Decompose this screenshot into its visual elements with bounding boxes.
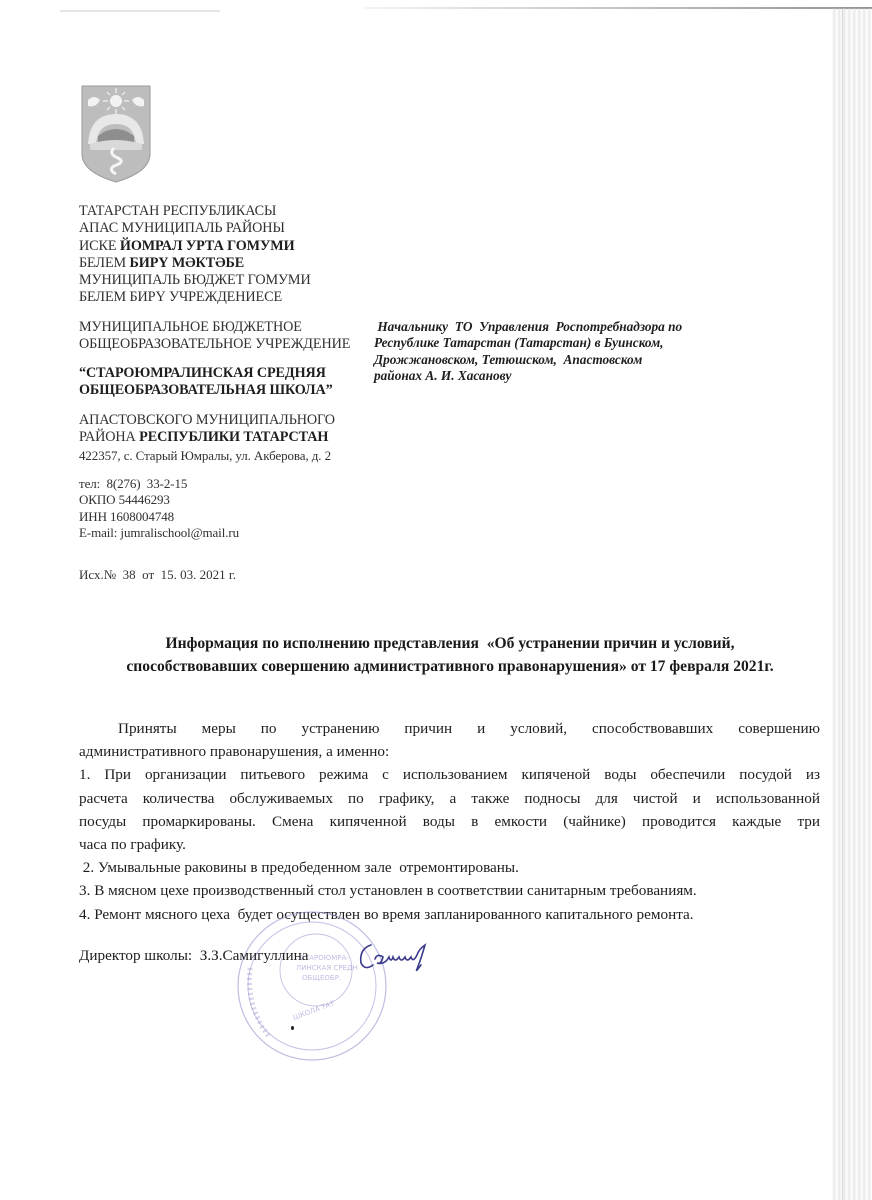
district-line: АПАСТОВСКОГО МУНИЦИПАЛЬНОГО	[79, 412, 335, 429]
item-1-line: 1. При организации питьевого режима с ис…	[79, 763, 820, 786]
district-address: АПАСТОВСКОГО МУНИЦИПАЛЬНОГО РАЙОНА РЕСПУ…	[79, 412, 335, 464]
okpo: ОКПО 54446293	[79, 492, 239, 508]
institution-type-line: ОБЩЕОБРАЗОВАТЕЛЬНОЕ УЧРЕЖДЕНИЕ	[79, 336, 350, 353]
item-1-line: часа по графику.	[79, 833, 820, 856]
addressee-line: районах А. И. Хасанову	[374, 368, 682, 384]
item-2: 2. Умывальные раковины в предобеденном з…	[79, 856, 820, 879]
director-signature-line: Директор школы: З.З.Самигуллина	[79, 947, 308, 965]
intro-line: административного правонарушения, а имен…	[79, 740, 820, 763]
svg-text:ЛИНСКАЯ СРЕДН: ЛИНСКАЯ СРЕДН	[296, 964, 358, 972]
handwritten-signature-icon	[355, 935, 445, 975]
email: E-mail: jumralischool@mail.ru	[79, 525, 239, 541]
outgoing-number: Исх.№ 38 от 15. 03. 2021 г.	[79, 567, 236, 583]
phone: тел: 8(276) 33-2-15	[79, 476, 239, 492]
item-1-line: расчета количества обслуживаемых по граф…	[79, 787, 820, 810]
school-name-line: ОБЩЕОБРАЗОВАТЕЛЬНАЯ ШКОЛА”	[79, 382, 333, 399]
letterhead-tatar-line: БЕЛЕМ БИРҮ МӘКТӘБЕ	[79, 255, 311, 272]
intro-line: Приняты меры по устранению причин и усло…	[79, 717, 820, 740]
title-line: Информация по исполнению представления «…	[80, 632, 820, 655]
scan-artifact-right-line	[842, 8, 843, 1200]
scan-artifact-right-edge	[832, 8, 872, 1200]
ink-dot	[291, 1026, 294, 1030]
item-1-line: посуды промаркированы. Смена кипяченной …	[79, 810, 820, 833]
contacts: тел: 8(276) 33-2-15 ОКПО 54446293 ИНН 16…	[79, 476, 239, 541]
addressee-line: Республике Татарстан (Татарстан) в Буинс…	[374, 335, 682, 351]
official-stamp-icon: СТАРОЮМРА- ЛИНСКАЯ СРЕДН ОБЩЕОБР. ШКОЛА …	[230, 908, 395, 1063]
svg-text:ШКОЛА ТАТ: ШКОЛА ТАТ	[292, 999, 336, 1022]
school-name-line: “СТАРОЮМРАЛИНСКАЯ СРЕДНЯЯ	[79, 365, 333, 382]
title-line: способствовавших совершению администрати…	[80, 655, 820, 678]
district-line: РАЙОНА РЕСПУБЛИКИ ТАТАРСТАН	[79, 429, 335, 446]
institution-type: МУНИЦИПАЛЬНОЕ БЮДЖЕТНОЕ ОБЩЕОБРАЗОВАТЕЛЬ…	[79, 319, 350, 354]
svg-text:ОБЩЕОБР.: ОБЩЕОБР.	[302, 974, 341, 982]
coat-of-arms-emblem	[80, 84, 152, 184]
document-title: Информация по исполнению представления «…	[80, 632, 820, 678]
letterhead-tatar: ТАТАРСТАН РЕСПУБЛИКАСЫ АПАС МУНИЦИПАЛЬ Р…	[79, 203, 311, 307]
letterhead-tatar-line: МУНИЦИПАЛЬ БЮДЖЕТ ГОМУМИ	[79, 272, 311, 289]
item-4: 4. Ремонт мясного цеха будет осуществлен…	[79, 903, 820, 926]
letterhead-tatar-line: ИСКЕ ЙОМРАЛ УРТА ГОМУМИ	[79, 238, 311, 255]
item-3: 3. В мясном цехе производственный стол у…	[79, 879, 820, 902]
address: 422357, с. Старый Юмралы, ул. Акберова, …	[79, 447, 335, 464]
inn: ИНН 1608004748	[79, 509, 239, 525]
addressee-line: Дрожжановском, Тетюшском, Апастовском	[374, 352, 682, 368]
addressee-line: Начальнику ТО Управления Роспотребнадзор…	[374, 319, 682, 335]
letterhead-tatar-line: БЕЛЕМ БИРҮ УЧРЕЖДЕНИЕСЕ	[79, 289, 311, 306]
document-body: Приняты меры по устранению причин и усло…	[79, 717, 820, 926]
scan-artifact-top-line	[365, 7, 872, 9]
school-name: “СТАРОЮМРАЛИНСКАЯ СРЕДНЯЯ ОБЩЕОБРАЗОВАТЕ…	[79, 365, 333, 400]
addressee: Начальнику ТО Управления Роспотребнадзор…	[374, 319, 682, 385]
letterhead-tatar-line: АПАС МУНИЦИПАЛЬ РАЙОНЫ	[79, 220, 311, 237]
scan-artifact-top-left	[60, 10, 220, 12]
institution-type-line: МУНИЦИПАЛЬНОЕ БЮДЖЕТНОЕ	[79, 319, 350, 336]
letterhead-tatar-line: ТАТАРСТАН РЕСПУБЛИКАСЫ	[79, 203, 311, 220]
